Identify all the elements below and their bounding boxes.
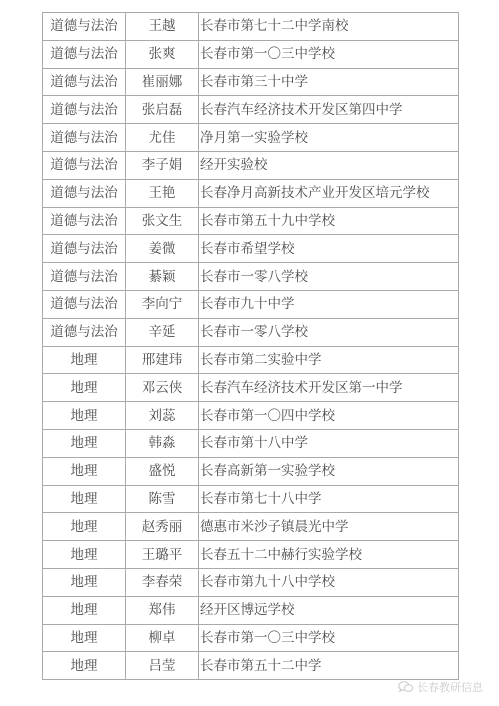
subject-cell: 道德与法治 <box>43 40 126 68</box>
name-cell: 陈雪 <box>126 485 199 513</box>
table-row: 道德与法治王越长春市第七十二中学南校 <box>43 13 459 41</box>
name-cell: 张启磊 <box>126 96 199 124</box>
table-row: 地理吕莹长春市第五十二中学 <box>43 652 459 680</box>
subject-cell: 地理 <box>43 541 126 569</box>
school-cell: 长春净月高新技术产业开发区培元学校 <box>199 179 459 207</box>
name-cell: 姜微 <box>126 235 199 263</box>
school-cell: 长春市一零八学校 <box>199 263 459 291</box>
table-row: 地理柳卓长春市第一〇三中学校 <box>43 624 459 652</box>
name-cell: 郑伟 <box>126 596 199 624</box>
table-row: 道德与法治张文生长春市第五十九中学校 <box>43 207 459 235</box>
name-cell: 尤佳 <box>126 124 199 152</box>
name-cell: 刘蕊 <box>126 402 199 430</box>
table-row: 地理王璐平长春五十二中赫行实验学校 <box>43 541 459 569</box>
school-cell: 长春市第一〇四中学校 <box>199 402 459 430</box>
name-cell: 崔丽娜 <box>126 68 199 96</box>
subject-cell: 道德与法治 <box>43 151 126 179</box>
subject-cell: 地理 <box>43 346 126 374</box>
name-cell: 邓云侠 <box>126 374 199 402</box>
table-row: 地理李春荣长春市第九十八中学校 <box>43 568 459 596</box>
name-cell: 王璐平 <box>126 541 199 569</box>
name-cell: 王艳 <box>126 179 199 207</box>
watermark-text: 长春教研信息 <box>417 679 483 695</box>
name-cell: 张文生 <box>126 207 199 235</box>
watermark: 长春教研信息 <box>398 677 483 697</box>
school-cell: 长春市希望学校 <box>199 235 459 263</box>
name-cell: 辛延 <box>126 318 199 346</box>
subject-cell: 地理 <box>43 596 126 624</box>
school-cell: 经开实验校 <box>199 151 459 179</box>
wechat-icon <box>398 681 414 693</box>
subject-cell: 地理 <box>43 624 126 652</box>
table-row: 道德与法治尤佳净月第一实验学校 <box>43 124 459 152</box>
school-cell: 长春市第五十二中学 <box>199 652 459 680</box>
name-cell: 张爽 <box>126 40 199 68</box>
name-cell: 李子娟 <box>126 151 199 179</box>
table-row: 地理邓云侠长春汽车经济技术开发区第一中学 <box>43 374 459 402</box>
name-cell: 邢建玮 <box>126 346 199 374</box>
subject-cell: 地理 <box>43 429 126 457</box>
subject-cell: 道德与法治 <box>43 13 126 41</box>
subject-cell: 地理 <box>43 652 126 680</box>
subject-cell: 道德与法治 <box>43 318 126 346</box>
subject-cell: 地理 <box>43 402 126 430</box>
school-cell: 长春高新第一实验学校 <box>199 457 459 485</box>
school-cell: 净月第一实验学校 <box>199 124 459 152</box>
school-cell: 长春市九十中学 <box>199 290 459 318</box>
table-row: 地理韩淼长春市第十八中学 <box>43 429 459 457</box>
school-cell: 长春市第七十八中学 <box>199 485 459 513</box>
table-row: 道德与法治崔丽娜长春市第三十中学 <box>43 68 459 96</box>
school-cell: 经开区博远学校 <box>199 596 459 624</box>
name-cell: 赵秀丽 <box>126 513 199 541</box>
table-row: 地理盛悦长春高新第一实验学校 <box>43 457 459 485</box>
table-row: 地理陈雪长春市第七十八中学 <box>43 485 459 513</box>
table-row: 道德与法治辛延长春市一零八学校 <box>43 318 459 346</box>
school-cell: 长春五十二中赫行实验学校 <box>199 541 459 569</box>
subject-cell: 道德与法治 <box>43 179 126 207</box>
subject-cell: 道德与法治 <box>43 290 126 318</box>
table-row: 地理赵秀丽德惠市米沙子镇晨光中学 <box>43 513 459 541</box>
school-cell: 长春汽车经济技术开发区第四中学 <box>199 96 459 124</box>
teacher-table: 道德与法治王越长春市第七十二中学南校道德与法治张爽长春市第一〇三中学校道德与法治… <box>42 12 459 680</box>
table-row: 道德与法治李子娟经开实验校 <box>43 151 459 179</box>
table-row: 道德与法治张爽长春市第一〇三中学校 <box>43 40 459 68</box>
school-cell: 长春市第三十中学 <box>199 68 459 96</box>
school-cell: 长春市一零八学校 <box>199 318 459 346</box>
subject-cell: 地理 <box>43 374 126 402</box>
teacher-list-sheet: 道德与法治王越长春市第七十二中学南校道德与法治张爽长春市第一〇三中学校道德与法治… <box>42 12 459 680</box>
table-row: 地理刘蕊长春市第一〇四中学校 <box>43 402 459 430</box>
table-row: 道德与法治綦颖长春市一零八学校 <box>43 263 459 291</box>
school-cell: 德惠市米沙子镇晨光中学 <box>199 513 459 541</box>
name-cell: 柳卓 <box>126 624 199 652</box>
table-row: 地理邢建玮长春市第二实验中学 <box>43 346 459 374</box>
subject-cell: 道德与法治 <box>43 263 126 291</box>
table-row: 道德与法治李向宁长春市九十中学 <box>43 290 459 318</box>
subject-cell: 地理 <box>43 485 126 513</box>
school-cell: 长春汽车经济技术开发区第一中学 <box>199 374 459 402</box>
school-cell: 长春市第十八中学 <box>199 429 459 457</box>
subject-cell: 道德与法治 <box>43 207 126 235</box>
table-body: 道德与法治王越长春市第七十二中学南校道德与法治张爽长春市第一〇三中学校道德与法治… <box>43 13 459 680</box>
table-row: 道德与法治王艳长春净月高新技术产业开发区培元学校 <box>43 179 459 207</box>
subject-cell: 道德与法治 <box>43 235 126 263</box>
school-cell: 长春市第五十九中学校 <box>199 207 459 235</box>
table-row: 道德与法治姜微长春市希望学校 <box>43 235 459 263</box>
subject-cell: 地理 <box>43 513 126 541</box>
name-cell: 李春荣 <box>126 568 199 596</box>
subject-cell: 道德与法治 <box>43 68 126 96</box>
name-cell: 韩淼 <box>126 429 199 457</box>
school-cell: 长春市第九十八中学校 <box>199 568 459 596</box>
subject-cell: 地理 <box>43 568 126 596</box>
name-cell: 盛悦 <box>126 457 199 485</box>
subject-cell: 道德与法治 <box>43 124 126 152</box>
subject-cell: 地理 <box>43 457 126 485</box>
table-row: 地理郑伟经开区博远学校 <box>43 596 459 624</box>
school-cell: 长春市第一〇三中学校 <box>199 624 459 652</box>
school-cell: 长春市第二实验中学 <box>199 346 459 374</box>
name-cell: 吕莹 <box>126 652 199 680</box>
name-cell: 李向宁 <box>126 290 199 318</box>
subject-cell: 道德与法治 <box>43 96 126 124</box>
table-row: 道德与法治张启磊长春汽车经济技术开发区第四中学 <box>43 96 459 124</box>
name-cell: 綦颖 <box>126 263 199 291</box>
school-cell: 长春市第一〇三中学校 <box>199 40 459 68</box>
school-cell: 长春市第七十二中学南校 <box>199 13 459 41</box>
name-cell: 王越 <box>126 13 199 41</box>
